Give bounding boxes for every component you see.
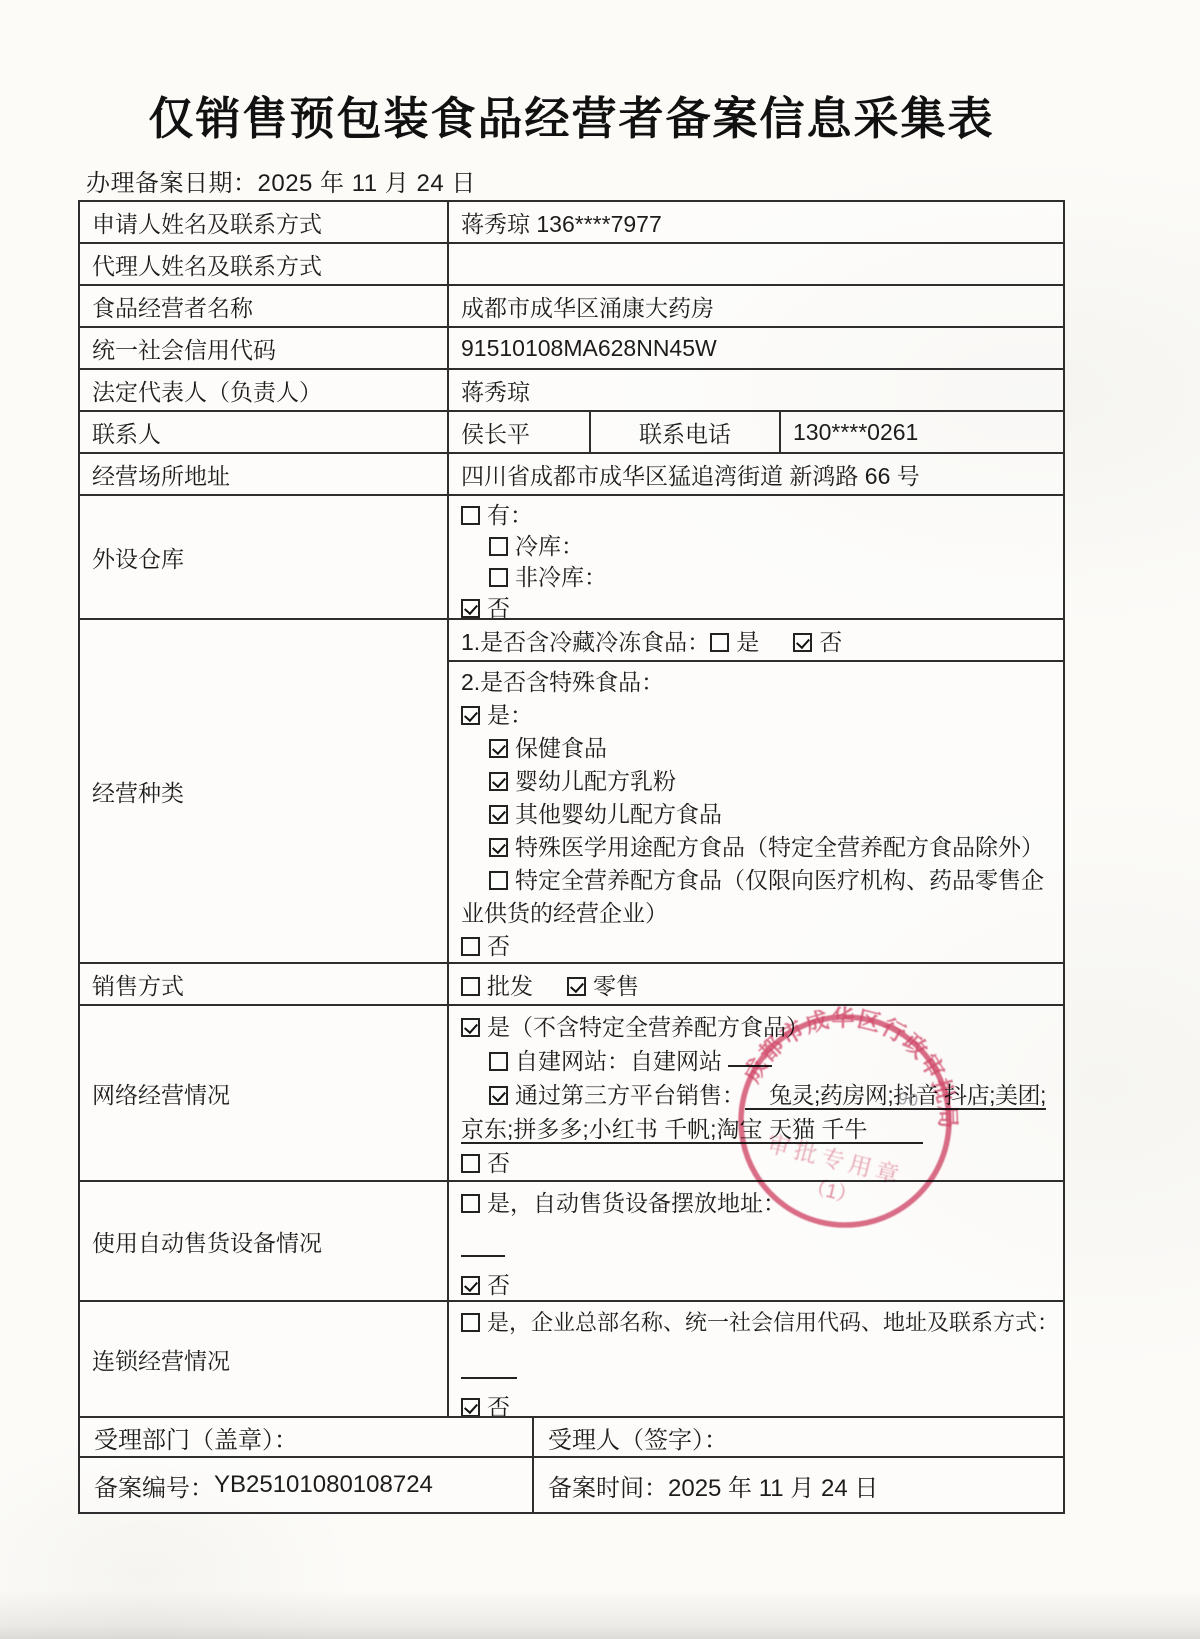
sales-options: 批发 零售 <box>447 964 1063 1004</box>
chain-yes-line: 是，企业总部名称、统一社会信用代码、地址及联系方式： <box>461 1306 1051 1340</box>
blank-underline <box>728 1063 772 1067</box>
row-applicant: 申请人姓名及联系方式 蒋秀琼 136****7977 <box>80 202 1063 244</box>
record-number-cell: 备案编号：YB25101080108724 <box>80 1458 532 1512</box>
applicant-label: 申请人姓名及联系方式 <box>80 202 447 242</box>
checked-checkbox-icon <box>461 1276 480 1295</box>
online-third-party-line: 通过第三方平台销售：兔灵;药房网;抖音 抖店;美团; <box>489 1078 1051 1112</box>
agent-value <box>447 244 1063 284</box>
category-item-label: 特殊医学用途配方食品（特定全营养配方食品除外） <box>515 834 1044 860</box>
platforms-underlined: 京东;拼多多;小红书 千帆;淘宝 天猫 千牛 <box>461 1116 923 1144</box>
sales-wholesale-label: 批发 <box>487 973 533 999</box>
checkbox-icon <box>710 633 729 652</box>
platforms-underlined: 兔灵;药房网;抖音 抖店;美团; <box>745 1082 1046 1110</box>
address-label: 经营场所地址 <box>80 454 447 494</box>
online-no-label: 否 <box>487 1150 510 1176</box>
warehouse-options: 有： 冷库： 非冷库： 否 <box>447 496 1063 618</box>
checked-checkbox-icon <box>567 977 586 996</box>
category-item: 其他婴幼儿配方食品 <box>489 798 1051 831</box>
chain-content: 是，企业总部名称、统一社会信用代码、地址及联系方式： 否 <box>447 1302 1063 1416</box>
warehouse-cold-label: 冷库： <box>515 533 584 559</box>
sales-retail-option: 零售 <box>567 968 639 1001</box>
categories-q1-no: 否 <box>793 624 842 657</box>
legal-rep-label: 法定代表人（负责人） <box>80 370 447 410</box>
sales-label: 销售方式 <box>80 964 447 1004</box>
online-label: 网络经营情况 <box>80 1006 447 1180</box>
categories-q1-yes-label: 是 <box>736 629 759 655</box>
checkbox-icon <box>461 977 480 996</box>
warehouse-option-no: 否 <box>461 593 1051 618</box>
categories-q2-line: 2.是否含特殊食品： <box>461 666 1051 699</box>
filing-date-line: 办理备案日期：2025 年 11 月 24 日 <box>86 163 476 198</box>
category-item-label: 保健食品 <box>515 735 607 761</box>
record-number-label: 备案编号： <box>94 1468 214 1503</box>
record-time-value: 2025 年 11 月 24 日 <box>668 1468 878 1503</box>
row-address: 经营场所地址 四川省成都市成华区猛追湾街道 新鸿路 66 号 <box>80 454 1063 496</box>
categories-content: 1.是否含冷藏冷冻食品： 是 否 2.是否含特殊食品： 是： 保健食品 婴幼儿配… <box>447 620 1063 962</box>
checked-checkbox-icon <box>793 633 812 652</box>
warehouse-noncold-label: 非冷库： <box>515 564 607 590</box>
online-platforms-line2: 京东;拼多多;小红书 千帆;淘宝 天猫 千牛 <box>461 1112 1051 1146</box>
checkbox-icon <box>461 1154 480 1173</box>
record-time-label: 备案时间： <box>548 1468 668 1503</box>
checkbox-icon <box>461 1313 480 1332</box>
online-self-site-line: 自建网站：自建网站 <box>489 1044 1051 1078</box>
chain-label: 连锁经营情况 <box>80 1302 447 1416</box>
form-table: 申请人姓名及联系方式 蒋秀琼 136****7977 代理人姓名及联系方式 食品… <box>78 200 1065 1514</box>
checked-checkbox-icon <box>489 739 508 758</box>
chain-blank-line <box>461 1356 1051 1390</box>
checked-checkbox-icon <box>461 599 480 618</box>
checked-checkbox-icon <box>489 805 508 824</box>
categories-label: 经营种类 <box>80 620 447 962</box>
online-no-line: 否 <box>461 1146 1051 1180</box>
row-record-number: 备案编号：YB25101080108724 备案时间：2025 年 11 月 2… <box>80 1458 1063 1512</box>
categories-q1-yes: 是 <box>710 624 759 657</box>
categories-yes-label: 是： <box>487 702 533 728</box>
vending-yes-label: 是，自动售货设备摆放地址： <box>487 1190 786 1216</box>
categories-no-line: 否 <box>461 930 1051 962</box>
row-categories: 经营种类 1.是否含冷藏冷冻食品： 是 否 2.是否含特殊食品： 是： 保健食品… <box>80 620 1063 964</box>
warehouse-option-noncold: 非冷库： <box>489 562 1051 593</box>
categories-q2-block: 2.是否含特殊食品： 是： 保健食品 婴幼儿配方乳粉 其他婴幼儿配方食品 特殊医… <box>449 662 1063 962</box>
category-item: 特定全营养配方食品（仅限向医疗机构、药品零售企业供货的经营企业） <box>461 864 1051 930</box>
warehouse-no-label: 否 <box>487 595 510 618</box>
checkbox-icon <box>461 506 480 525</box>
vending-content: 是，自动售货设备摆放地址： 否 <box>447 1182 1063 1300</box>
contact-label: 联系人 <box>80 412 447 452</box>
checkbox-icon <box>461 1194 480 1213</box>
contact-name-value: 侯长平 <box>447 412 589 452</box>
accepting-person-label: 受理人（签字）： <box>532 1418 1063 1456</box>
vending-no-label: 否 <box>487 1272 510 1298</box>
online-self-site-label: 自建网站：自建网站 <box>515 1048 722 1074</box>
vending-blank-line <box>461 1234 1051 1268</box>
scan-artifact-mark: 90 <box>897 1089 920 1111</box>
row-credit-code: 统一社会信用代码 91510108MA628NN45W <box>80 328 1063 370</box>
row-legal-rep: 法定代表人（负责人） 蒋秀琼 <box>80 370 1063 412</box>
row-chain: 连锁经营情况 是，企业总部名称、统一社会信用代码、地址及联系方式： 否 <box>80 1302 1063 1418</box>
blank-underline <box>461 1253 505 1257</box>
vending-no-line: 否 <box>461 1268 1051 1300</box>
legal-rep-value: 蒋秀琼 <box>447 370 1063 410</box>
checked-checkbox-icon <box>461 706 480 725</box>
checked-checkbox-icon <box>461 1398 480 1416</box>
online-content: 是（不含特定全营养配方食品） 自建网站：自建网站 通过第三方平台销售：兔灵;药房… <box>447 1006 1063 1180</box>
address-value: 四川省成都市成华区猛追湾街道 新鸿路 66 号 <box>447 454 1063 494</box>
categories-q1-no-label: 否 <box>819 629 842 655</box>
scanned-document-page: 仅销售预包装食品经营者备案信息采集表 办理备案日期：2025 年 11 月 24… <box>0 0 1200 1639</box>
checkbox-icon <box>489 537 508 556</box>
categories-yes-line: 是： <box>461 699 1051 732</box>
contact-phone-label: 联系电话 <box>589 412 779 452</box>
categories-no-label: 否 <box>487 933 510 959</box>
sales-wholesale-option: 批发 <box>461 968 533 1001</box>
checked-checkbox-icon <box>489 838 508 857</box>
accepting-dept-label: 受理部门（盖章）： <box>80 1418 532 1456</box>
record-time-cell: 备案时间：2025 年 11 月 24 日 <box>532 1458 1063 1512</box>
checked-checkbox-icon <box>461 1018 480 1037</box>
platforms-line2: 京东;拼多多;小红书 千帆;淘宝 天猫 千牛 <box>461 1116 867 1142</box>
online-yes-label: 是（不含特定全营养配方食品） <box>487 1014 809 1040</box>
contact-phone-value: 130****0261 <box>779 412 1063 452</box>
checkbox-icon <box>489 1052 508 1071</box>
operator-name-label: 食品经营者名称 <box>80 286 447 326</box>
blank-underline <box>461 1375 517 1379</box>
agent-label: 代理人姓名及联系方式 <box>80 244 447 284</box>
online-third-party-label: 通过第三方平台销售： <box>515 1082 745 1108</box>
warehouse-have-label: 有： <box>487 502 533 528</box>
warehouse-label: 外设仓库 <box>80 496 447 618</box>
category-item: 特殊医学用途配方食品（特定全营养配方食品除外） <box>489 831 1051 864</box>
category-item-label: 婴幼儿配方乳粉 <box>515 768 676 794</box>
row-vending: 使用自动售货设备情况 是，自动售货设备摆放地址： 否 <box>80 1182 1063 1302</box>
checkbox-icon <box>489 568 508 587</box>
checked-checkbox-icon <box>489 772 508 791</box>
row-warehouse: 外设仓库 有： 冷库： 非冷库： 否 <box>80 496 1063 620</box>
vending-yes-line: 是，自动售货设备摆放地址： <box>461 1186 1051 1220</box>
credit-code-label: 统一社会信用代码 <box>80 328 447 368</box>
chain-no-line: 否 <box>461 1390 1051 1416</box>
row-contact: 联系人 侯长平 联系电话 130****0261 <box>80 412 1063 454</box>
applicant-value: 蒋秀琼 136****7977 <box>447 202 1063 242</box>
checkbox-icon <box>461 937 480 956</box>
row-operator-name: 食品经营者名称 成都市成华区涌康大药房 <box>80 286 1063 328</box>
category-item-label: 其他婴幼儿配方食品 <box>515 801 722 827</box>
category-item: 婴幼儿配方乳粉 <box>489 765 1051 798</box>
category-item: 保健食品 <box>489 732 1051 765</box>
checked-checkbox-icon <box>489 1086 508 1105</box>
form-title: 仅销售预包装食品经营者备案信息采集表 <box>78 82 1065 147</box>
categories-q1-line: 1.是否含冷藏冷冻食品： 是 否 <box>449 620 1063 662</box>
row-agent: 代理人姓名及联系方式 <box>80 244 1063 286</box>
warehouse-option-cold: 冷库： <box>489 531 1051 562</box>
row-accepting-dept: 受理部门（盖章）： 受理人（签字）： <box>80 1418 1063 1458</box>
checkbox-icon <box>489 871 508 890</box>
online-yes-line: 是（不含特定全营养配方食品） <box>461 1010 1051 1044</box>
operator-name-value: 成都市成华区涌康大药房 <box>447 286 1063 326</box>
warehouse-option-have: 有： <box>461 500 1051 531</box>
record-number-value: YB25101080108724 <box>214 1471 433 1499</box>
row-sales: 销售方式 批发 零售 <box>80 964 1063 1006</box>
category-item-label: 特定全营养配方食品（仅限向医疗机构、药品零售企业供货的经营企业） <box>461 867 1044 926</box>
categories-q1-label: 1.是否含冷藏冷冻食品： <box>461 624 710 657</box>
sales-retail-label: 零售 <box>593 973 639 999</box>
chain-yes-label: 是，企业总部名称、统一社会信用代码、地址及联系方式： <box>487 1310 1059 1335</box>
credit-code-value: 91510108MA628NN45W <box>447 328 1063 368</box>
chain-no-label: 否 <box>487 1394 510 1416</box>
vending-label: 使用自动售货设备情况 <box>80 1182 447 1300</box>
